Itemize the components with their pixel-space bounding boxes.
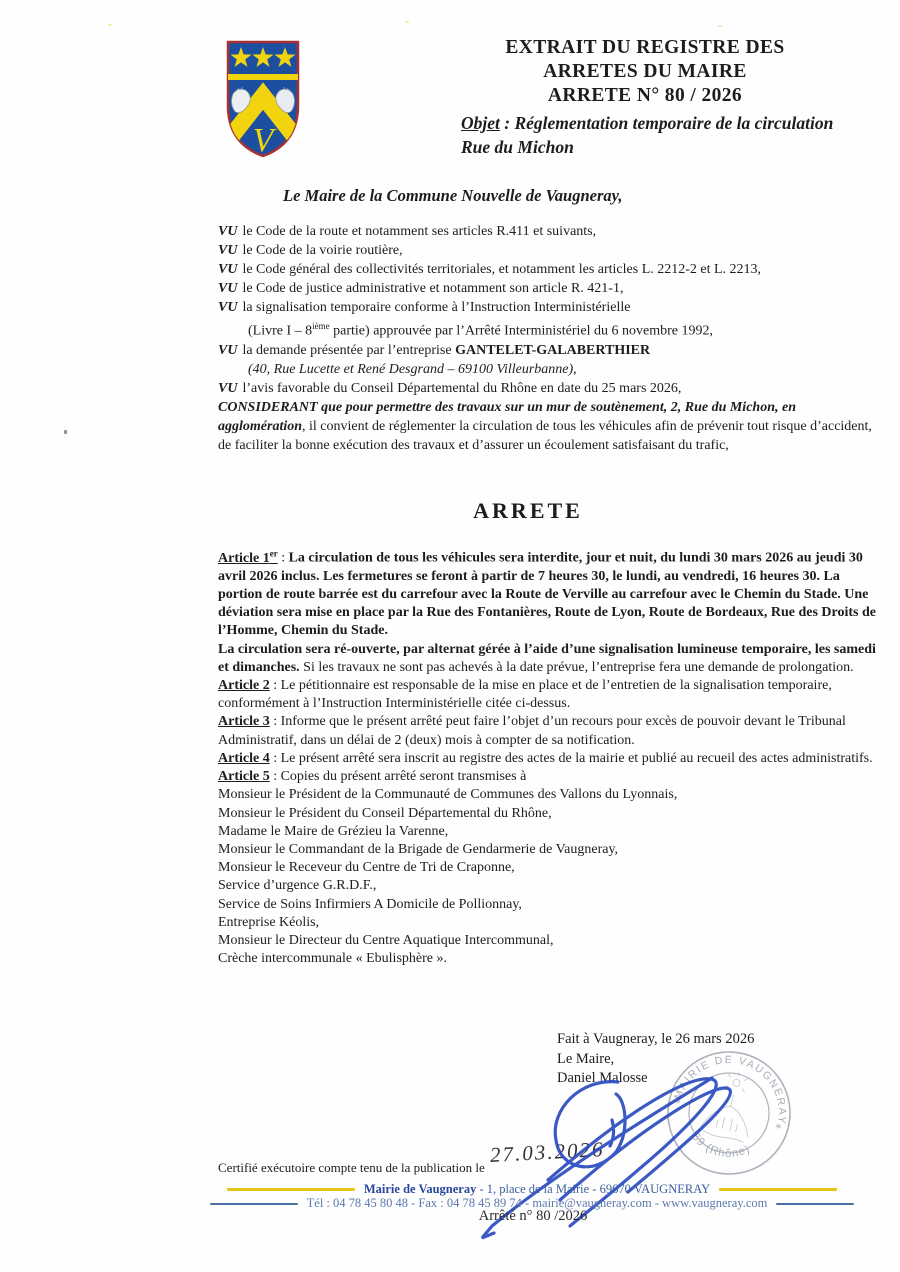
recipient-line: Service de Soins Infirmiers A Domicile d…: [218, 896, 878, 914]
footer-rule-blue-left: [210, 1203, 298, 1205]
recipient-line: Monsieur le Président de la Communauté d…: [218, 786, 878, 804]
recipient-line: Madame le Maire de Grézieu la Varenne,: [218, 823, 878, 841]
vu-text: le Code de la voirie routière,: [242, 243, 402, 258]
article-separator: :: [270, 751, 281, 766]
vu-text: l’avis favorable du Conseil Départementa…: [242, 381, 681, 396]
article-3-body: Informe que le présent arrêté peut faire…: [218, 714, 846, 747]
article-label-sup: er: [270, 548, 278, 558]
vu-item: VUle Code de la voirie routière,: [218, 241, 878, 260]
article-separator: :: [270, 769, 281, 784]
article-1-label: Article 1er: [218, 551, 278, 566]
footer-address-line: Mairie de Vaugneray - 1, place de la Mai…: [207, 1182, 857, 1197]
footer-address-text: Mairie de Vaugneray - 1, place de la Mai…: [364, 1182, 710, 1197]
vu-text: le Code général des collectivités territ…: [242, 262, 761, 277]
article-1-body: La circulation de tous les véhicules ser…: [218, 551, 876, 639]
salutation: Le Maire de la Commune Nouvelle de Vaugn…: [283, 186, 622, 206]
footer-rule-blue-right: [776, 1203, 854, 1205]
footer-org-address: - 1, place de la Mairie - 69670 VAUGNERA…: [476, 1182, 710, 1196]
recipient-line: Monsieur le Directeur du Centre Aquatiqu…: [218, 932, 878, 950]
vu-item: VUl’avis favorable du Conseil Départemen…: [218, 379, 878, 398]
article-label-text: Article 1: [218, 551, 270, 566]
company-name: GANTELET-GALABERTHIER: [455, 343, 650, 358]
recipient-line: Entreprise Kéolis,: [218, 914, 878, 932]
mairie-stamp: MAIRIE DE VAUGNERAY 69 (Rhône) * *: [660, 1044, 798, 1182]
article-1-line2-rest: Si les travaux ne sont pas achevés à la …: [300, 660, 854, 675]
svg-text:MAIRIE DE VAUGNERAY: MAIRIE DE VAUGNERAY: [672, 1044, 798, 1127]
footer-rule-yellow-left: [227, 1188, 355, 1191]
vu-prefix: VU: [218, 343, 237, 358]
scan-speck: [108, 24, 112, 26]
subject-text: Réglementation temporaire de la circulat…: [461, 113, 833, 157]
vu-item: VUla signalisation temporaire conforme à…: [218, 298, 878, 317]
recitals-block: VUle Code de la route et notamment ses a…: [218, 222, 878, 455]
article-4-label: Article 4: [218, 751, 270, 766]
decree-number: ARRETE N° 80 / 2026: [450, 84, 840, 108]
subject-label: Objet: [461, 113, 500, 133]
article-1-paragraph-2: La circulation sera ré-ouverte, par alte…: [218, 641, 878, 677]
vu-subline-address: (40, Rue Lucette et René Desgrand – 6910…: [218, 360, 878, 379]
recipient-line: Monsieur le Commandant de la Brigade de …: [218, 841, 878, 859]
vu-subtext: partie) approuvée par l’Arrêté Intermini…: [330, 324, 713, 339]
recipient-line: Monsieur le Receveur du Centre de Tri de…: [218, 859, 878, 877]
considerant-rest: , il convient de réglementer la circulat…: [218, 419, 872, 453]
vu-prefix: VU: [218, 262, 237, 277]
vaugneray-coat-of-arms-icon: V: [224, 38, 302, 162]
recipient-line: Crèche intercommunale « Ebulisphère ».: [218, 950, 878, 968]
vu-prefix: VU: [218, 281, 237, 296]
scan-speck: [405, 21, 409, 23]
footer-doc-ref: Arrêté n° 80 /2026: [218, 1208, 848, 1225]
vu-prefix: VU: [218, 300, 237, 315]
vu-text: la signalisation temporaire conforme à l…: [242, 300, 630, 315]
title-line-2: ARRETES DU MAIRE: [450, 60, 840, 84]
vu-prefix: VU: [218, 224, 237, 239]
vu-item: VUle Code général des collectivités terr…: [218, 260, 878, 279]
subject-line: Objet : Réglementation temporaire de la …: [450, 111, 835, 159]
article-2-label: Article 2: [218, 678, 270, 693]
article-separator: :: [270, 678, 281, 693]
article-1: Article 1er : La circulation de tous les…: [218, 544, 878, 641]
article-3: Article 3 : Informe que le présent arrêt…: [218, 713, 878, 749]
article-separator: :: [278, 551, 289, 566]
article-5-body: Copies du présent arrêté seront transmis…: [281, 769, 527, 784]
footer-rule-yellow-right: [719, 1188, 837, 1191]
certification-line: Certifié exécutoire compte tenu de la pu…: [218, 1160, 485, 1176]
article-2: Article 2 : Le pétitionnaire est respons…: [218, 677, 878, 713]
considerant-paragraph: CONSIDERANT que pour permettre des trava…: [218, 398, 878, 455]
decree-document-page: V EXTRAIT DU REGISTRE DES ARRETES DU MAI…: [0, 0, 900, 1272]
article-2-body: Le pétitionnaire est responsable de la m…: [218, 678, 832, 711]
vu-superscript: ième: [312, 321, 330, 331]
scan-speck: [64, 430, 67, 434]
stamp-arc-top-text: MAIRIE DE VAUGNERAY: [672, 1044, 798, 1127]
stamp-star-right: *: [773, 1120, 783, 1136]
vu-text: la demande présentée par l’entreprise: [242, 343, 455, 358]
vu-subtext: (Livre I – 8: [248, 324, 312, 339]
subject-separator: :: [500, 113, 515, 133]
recipient-line: Monsieur le Président du Conseil Départe…: [218, 805, 878, 823]
vu-item: VUla demande présentée par l’entreprise …: [218, 341, 878, 360]
footer-org-name: Mairie de Vaugneray: [364, 1182, 477, 1196]
svg-text:69 (Rhône): 69 (Rhône): [686, 1129, 755, 1167]
vu-subline-livre: (Livre I – 8ième partie) approuvée par l…: [218, 317, 878, 341]
article-5: Article 5 : Copies du présent arrêté ser…: [218, 768, 878, 786]
arrete-heading: ARRETE: [218, 498, 838, 524]
scan-speck: [718, 25, 722, 27]
vu-text: le Code de justice administrative et not…: [242, 281, 623, 296]
article-4: Article 4 : Le présent arrêté sera inscr…: [218, 750, 878, 768]
articles-block: Article 1er : La circulation de tous les…: [218, 544, 878, 968]
handwritten-publication-date: 27.03.2026: [489, 1137, 605, 1168]
recipient-line: Service d’urgence G.R.D.F.,: [218, 877, 878, 895]
vu-prefix: VU: [218, 243, 237, 258]
article-5-label: Article 5: [218, 769, 270, 784]
article-3-label: Article 3: [218, 714, 270, 729]
article-4-body: Le présent arrêté sera inscrit au regist…: [281, 751, 873, 766]
vu-prefix: VU: [218, 381, 237, 396]
stamp-arc-bottom-text: 69 (Rhône): [686, 1129, 755, 1167]
document-header: EXTRAIT DU REGISTRE DES ARRETES DU MAIRE…: [450, 36, 840, 159]
title-line-1: EXTRAIT DU REGISTRE DES: [450, 36, 840, 60]
article-separator: :: [270, 714, 281, 729]
vu-item: VUle Code de justice administrative et n…: [218, 279, 878, 298]
vu-text: le Code de la route et notamment ses art…: [242, 224, 596, 239]
vu-item: VUle Code de la route et notamment ses a…: [218, 222, 878, 241]
